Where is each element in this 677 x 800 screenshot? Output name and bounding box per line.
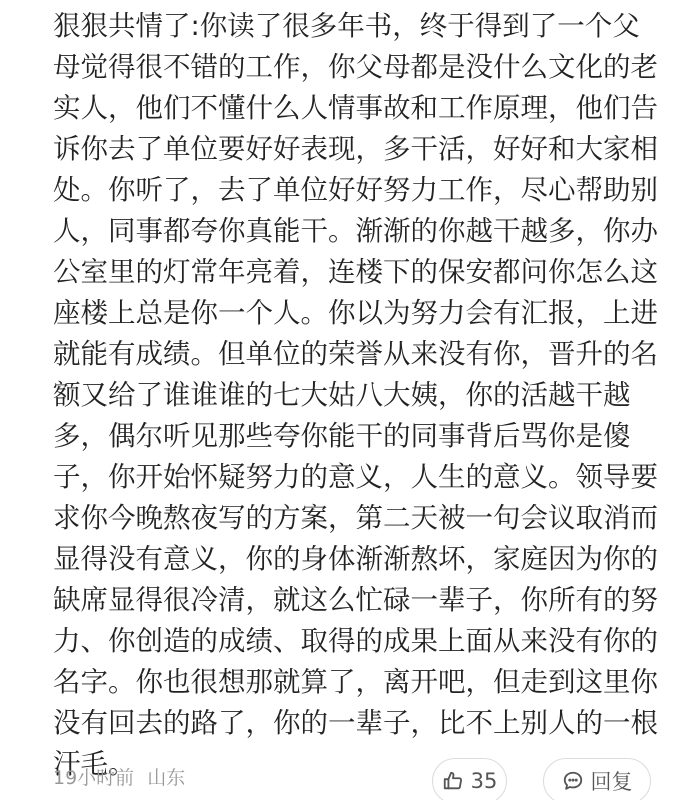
reply-button[interactable]: 回复 <box>543 758 651 800</box>
comment-body: 狠狠共情了:你读了很多年书，终于得到了一个父 母觉得很不错的工作，你父母都是没什… <box>53 6 663 785</box>
comment-meta: 19小时前 山东 <box>53 766 185 790</box>
comment-line: 母觉得很不错的工作，你父母都是没什么文化的老 <box>53 47 663 88</box>
comment-line: 缺席显得很冷清，就这么忙碌一辈子，你所有的努 <box>53 580 663 621</box>
comment-line: 额又给了谁谁谁的七大姑八大姨，你的活越干越 <box>53 375 663 416</box>
comment-line: 没有回去的路了，你的一辈子，比不上别人的一根 <box>53 703 663 744</box>
comment-line: 就能有成绩。但单位的荣誉从来没有你，晋升的名 <box>53 334 663 375</box>
comment-line: 狠狠共情了:你读了很多年书，终于得到了一个父 <box>53 6 663 47</box>
like-button[interactable]: 35 <box>432 758 507 800</box>
comment-line: 子，你开始怀疑努力的意义，人生的意义。领导要 <box>53 457 663 498</box>
comment-line: 诉你去了单位要好好表现，多干活，好好和大家相 <box>53 129 663 170</box>
comment-timestamp: 19小时前 <box>53 767 134 789</box>
thumbs-up-icon <box>442 770 464 792</box>
reply-label: 回复 <box>591 766 633 796</box>
chat-bubble-icon <box>562 770 584 792</box>
comment-line: 公室里的灯常年亮着，连楼下的保安都问你怎么这 <box>53 252 663 293</box>
comment-line: 力、你创造的成绩、取得的成果上面从来没有你的 <box>53 621 663 662</box>
like-count: 35 <box>471 769 498 793</box>
comment-line: 求你今晚熬夜写的方案，第二天被一句会议取消而 <box>53 498 663 539</box>
comment-line: 人，同事都夸你真能干。渐渐的你越干越多，你办 <box>53 211 663 252</box>
comment-line: 座楼上总是你一个人。你以为努力会有汇报，上进 <box>53 293 663 334</box>
comment-line: 实人，他们不懂什么人情事故和工作原理，他们告 <box>53 88 663 129</box>
comment-location: 山东 <box>147 767 185 789</box>
comment-line: 多，偶尔听见那些夸你能干的同事背后骂你是傻 <box>53 416 663 457</box>
comment-line: 处。你听了，去了单位好好努力工作，尽心帮助别 <box>53 170 663 211</box>
comment-line: 名字。你也很想那就算了，离开吧，但走到这里你 <box>53 662 663 703</box>
comment-line: 显得没有意义，你的身体渐渐熬坏，家庭因为你的 <box>53 539 663 580</box>
